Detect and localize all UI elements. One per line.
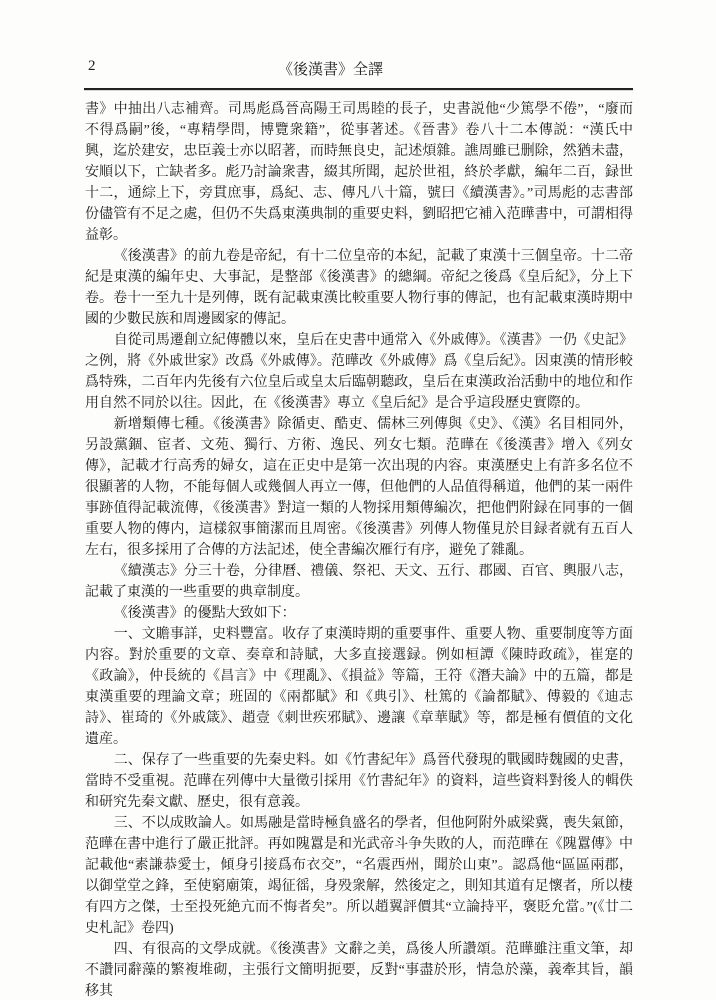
body-paragraph: 一、文贍事詳，史料豐富。收存了東漢時期的重要事件、重要人物、重要制度等方面内容。…: [85, 624, 633, 750]
running-title: 《後漢書》全譯: [57, 58, 604, 79]
book-page: 2 《後漢書》全譯 書》中抽出八志補齊。司馬彪爲晉高陽王司馬睦的長子，史書説他“…: [0, 0, 716, 1000]
header-rule: [84, 88, 633, 90]
body-paragraph: 二、保存了一些重要的先秦史料。如《竹書紀年》爲晉代發現的戰國時魏國的史書，當時不…: [85, 750, 633, 813]
body-paragraph: 書》中抽出八志補齊。司馬彪爲晉高陽王司馬睦的長子，史書説他“少篤學不倦”，“廢而…: [85, 99, 633, 246]
body-paragraph: 《續漢志》分三十卷，分律曆、禮儀、祭祀、天文、五行、郡國、百官、輿服八志，記載了…: [85, 561, 633, 603]
body-paragraph: 《後漢書》的優點大致如下：: [85, 603, 633, 624]
body-paragraph: 自從司馬遷創立紀傳體以來，皇后在史書中通常入《外戚傳》。《漢書》一仍《史記》之例…: [85, 330, 633, 414]
body-paragraph: 三、不以成敗論人。如馬融是當時極負盛名的學者，但他阿附外戚梁冀，喪失氣節，范曄在…: [85, 813, 633, 939]
body-paragraph: 四、有很高的文學成就。《後漢書》文辭之美，爲後人所讚頌。范曄雖注重文筆，却不讚同…: [85, 939, 633, 1000]
page-body: 書》中抽出八志補齊。司馬彪爲晉高陽王司馬睦的長子，史書説他“少篤學不倦”，“廢而…: [85, 99, 633, 1000]
body-paragraph: 新增類傳七種。《後漢書》除循吏、酷吏、儒林三列傳與《史》、《漢》名目相同外，另設…: [85, 414, 633, 561]
page-header: 2 《後漢書》全譯: [85, 58, 632, 80]
body-paragraph: 《後漢書》的前九卷是帝紀，有十二位皇帝的本紀，記載了東漢十三個皇帝。十二帝紀是東…: [85, 246, 633, 330]
